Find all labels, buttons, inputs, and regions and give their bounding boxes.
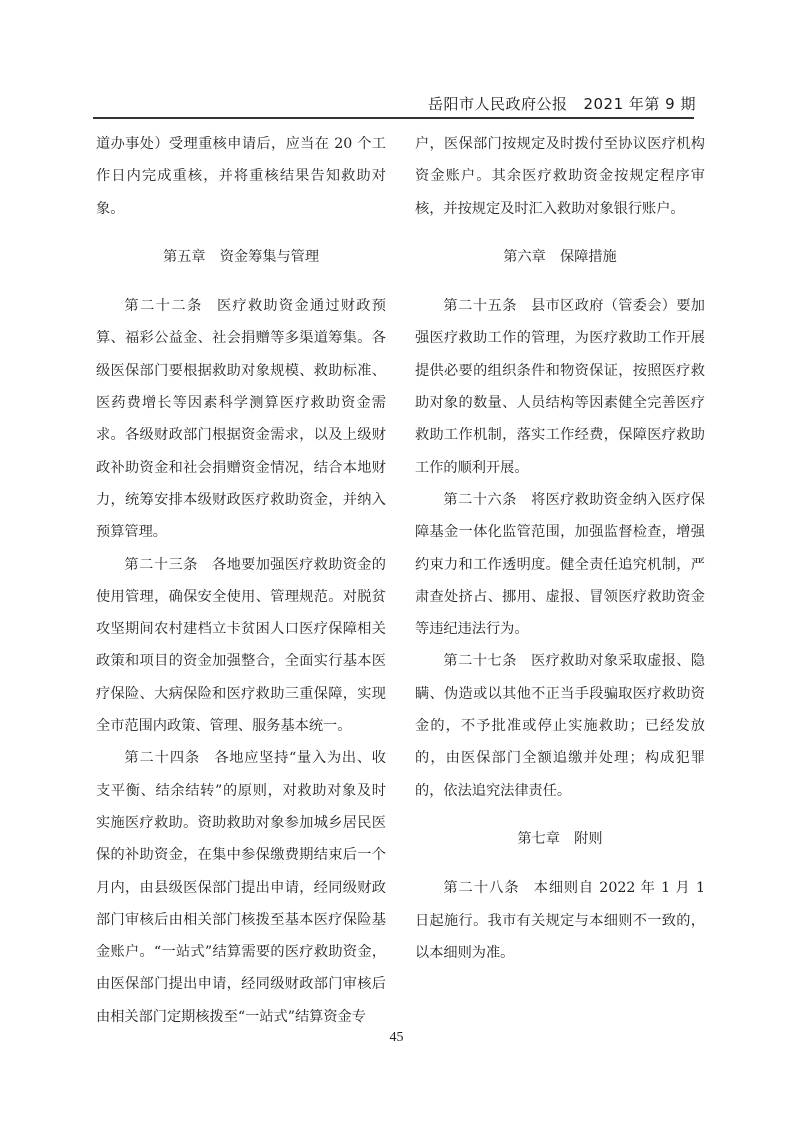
article-text: 医疗救助资金通过财政预算、福彩公益金、社会捐赠等多渠道筹集。各级医保部门要根据救… xyxy=(96,298,386,540)
left-column: 道办事处）受理重核申请后，应当在 20 个工作日内完成重核，并将重核结果告知救助… xyxy=(96,128,386,1033)
article-text: 县市区政府（管委会）要加强医疗救助工作的管理，为医疗救助工作开展提供必要的组织条… xyxy=(415,298,705,475)
article-label: 第二十五条 xyxy=(443,298,517,314)
chapter-heading-5: 第五章 资金筹集与管理 xyxy=(96,241,386,273)
article-23: 第二十三条各地要加强医疗救助资金的使用管理，确保安全使用、管理规范。对脱贫攻坚期… xyxy=(96,549,386,743)
article-label: 第二十七条 xyxy=(443,653,517,669)
article-text: 各地应坚持“量入为出、收支平衡、结余结转”的原则，对救助对象及时实施医疗救助。资… xyxy=(96,750,386,1024)
right-column: 户，医保部门按规定及时拨付至协议医疗机构资金账户。其余医疗救助资金按规定程序审核… xyxy=(415,128,705,969)
article-label: 第二十六条 xyxy=(443,492,517,508)
article-26: 第二十六条将医疗救助资金纳入医疗保障基金一体化监管范围，加强监督检查，增强约束力… xyxy=(415,484,705,645)
article-label: 第二十三条 xyxy=(124,557,198,573)
chapter-heading-6: 第六章 保障措施 xyxy=(415,241,705,273)
publication-name: 岳阳市人民政府公报 xyxy=(428,95,568,113)
running-header: 岳阳市人民政府公报2021 年第 9 期 xyxy=(428,93,696,114)
header-rule xyxy=(93,117,694,119)
article-label: 第二十八条 xyxy=(443,880,519,896)
article-label: 第二十二条 xyxy=(124,298,202,314)
article-27: 第二十七条医疗救助对象采取虚报、隐瞒、伪造或以其他不正当手段骗取医疗救助资金的，… xyxy=(415,645,705,806)
article-28: 第二十八条本细则自 2022 年 1 月 1 日起施行。我市有关规定与本细则不一… xyxy=(415,872,705,969)
article-label: 第二十四条 xyxy=(124,750,200,766)
article-text: 将医疗救助资金纳入医疗保障基金一体化监管范围，加强监督检查，增强约束力和工作透明… xyxy=(415,492,705,637)
continuation-paragraph: 道办事处）受理重核申请后，应当在 20 个工作日内完成重核，并将重核结果告知救助… xyxy=(96,128,386,225)
article-text: 各地要加强医疗救助资金的使用管理，确保安全使用、管理规范。对脱贫攻坚期间农村建档… xyxy=(96,557,386,734)
article-text: 医疗救助对象采取虚报、隐瞒、伪造或以其他不正当手段骗取医疗救助资金的，不予批准或… xyxy=(415,653,705,798)
article-25: 第二十五条县市区政府（管委会）要加强医疗救助工作的管理，为医疗救助工作开展提供必… xyxy=(415,290,705,484)
article-22: 第二十二条医疗救助资金通过财政预算、福彩公益金、社会捐赠等多渠道筹集。各级医保部… xyxy=(96,290,386,548)
continuation-paragraph: 户，医保部门按规定及时拨付至协议医疗机构资金账户。其余医疗救助资金按规定程序审核… xyxy=(415,128,705,225)
page-number: 45 xyxy=(0,1030,793,1046)
chapter-heading-7: 第七章 附则 xyxy=(415,823,705,855)
article-24: 第二十四条各地应坚持“量入为出、收支平衡、结余结转”的原则，对救助对象及时实施医… xyxy=(96,742,386,1033)
issue-number: 2021 年第 9 期 xyxy=(583,95,696,113)
